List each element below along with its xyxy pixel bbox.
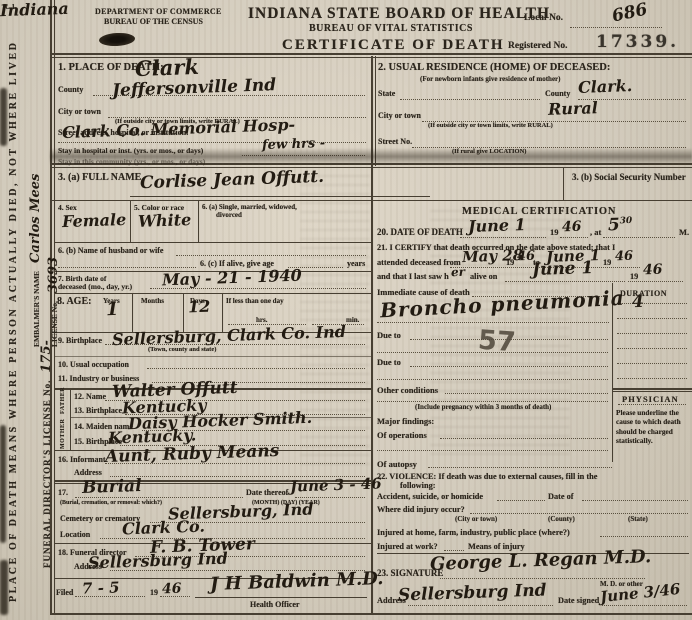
burial-method-note: (Burial, cremation, or removal: which?)	[60, 500, 162, 506]
sec1-city-value: Jeffersonville Ind	[112, 75, 277, 101]
health-officer-signature: J H Baldwin M.D.	[210, 568, 384, 595]
divider	[445, 393, 608, 394]
divider	[130, 200, 131, 242]
last-saw-year-value: 46	[643, 262, 663, 279]
sec1-street-value: Clark Co. Memorial Hosp-	[62, 115, 296, 142]
burial-date-label: Date thereof	[246, 488, 288, 497]
health-officer-label: Health Officer	[250, 600, 300, 609]
age-label: 8. AGE:	[57, 296, 91, 307]
full-name-label: 3. (a) FULL NAME	[58, 172, 141, 183]
duration-value: 4	[632, 292, 645, 312]
divider	[428, 467, 612, 468]
divider	[582, 500, 688, 501]
divider	[460, 237, 546, 238]
divider	[612, 388, 613, 462]
embalmer-name-value: Carlos Mees	[28, 174, 43, 263]
ssn-label: 3. (b) Social Security Number	[572, 172, 686, 182]
occupation-label: 10. Usual occupation	[58, 360, 129, 369]
bureau-title: BUREAU OF VITAL STATISTICS	[309, 23, 473, 34]
sec1-stay-value: few hrs -	[262, 136, 326, 153]
divider	[612, 388, 692, 390]
divider	[54, 293, 371, 294]
age-months-label: Months	[141, 297, 164, 305]
sec1-stay-label: Stay in hospital or inst. (yrs. or mos.,…	[58, 146, 203, 155]
sec2-title: 2. USUAL RESIDENCE (HOME) OF DECEASED:	[378, 62, 610, 73]
director-license-label: FUNERAL DIRECTOR'S LICENSE No.	[42, 380, 52, 568]
sec2-state-label: State	[378, 89, 395, 98]
sec2-city-label: City or town	[378, 111, 421, 120]
divider	[570, 27, 662, 28]
other-conditions-label: Other conditions	[377, 385, 438, 395]
attended-from-value: May 28	[462, 246, 524, 266]
director-license-value: 175-	[39, 340, 54, 373]
filed-label: Filed	[56, 588, 73, 597]
sec1-county-label: County	[58, 85, 83, 94]
registered-no-label: Registered No.	[508, 41, 567, 51]
sex-value: Female	[62, 210, 127, 231]
divider	[440, 578, 645, 579]
injured-where-label: Injured at home, farm, industry, public …	[377, 528, 570, 537]
funeral-director-license-margin-note: FUNERAL DIRECTOR'S LICENSE No. 175-	[37, 340, 55, 568]
place-of-death-margin-note: PLACE OF DEATH MEANS WHERE PERSON ACTUAL…	[8, 40, 19, 602]
divider	[628, 281, 683, 282]
divider	[54, 242, 371, 243]
sec2-street-note: (If rural give LOCATION)	[452, 148, 526, 155]
age-min-label: min.	[346, 316, 359, 324]
filed-date-value: 7 - 5	[82, 578, 120, 597]
divider	[50, 613, 692, 615]
age-less-label: If less than one day	[226, 297, 284, 305]
divider	[603, 237, 675, 238]
medical-certification-title: MEDICAL CERTIFICATION	[462, 206, 616, 217]
due-to-label-1: Due to	[377, 330, 401, 340]
death-certificate-scan: R. 1 PLACE OF DEATH MEANS WHERE PERSON A…	[0, 0, 692, 620]
death-time-minute: 30	[620, 216, 633, 226]
where-note-county: (County)	[548, 515, 575, 523]
scan-smudge	[0, 560, 8, 615]
divider	[377, 379, 608, 380]
divider	[617, 378, 687, 379]
divider	[563, 167, 564, 200]
dod-at-label: , at	[590, 227, 601, 237]
pregnancy-note: (Include pregnancy within 3 months of de…	[415, 403, 551, 411]
sec2-street-label: Street No.	[378, 137, 412, 146]
sec2-county-label: County	[545, 89, 570, 98]
physician-title: PHYSICIAN	[622, 394, 679, 404]
divider	[195, 597, 367, 598]
where-injury-label: Where did injury occur?	[377, 505, 465, 514]
date-of-label: Date of	[548, 492, 574, 501]
means-of-injury-label: Means of injury	[468, 542, 525, 551]
stamp-57: 57	[477, 325, 517, 359]
filed-year-value: 46	[162, 581, 182, 598]
dept-line1: DEPARTMENT OF COMMERCE	[95, 7, 222, 16]
attended-label: attended deceased from	[377, 258, 461, 267]
divider	[176, 255, 366, 256]
burial-location-label: Location	[60, 530, 90, 539]
marital-label2: divorced	[216, 211, 242, 219]
dod-year-prefix: 19	[550, 227, 559, 237]
sec1-community-label: Stay in this community (yrs., or mos., o…	[58, 157, 205, 166]
divider	[147, 368, 365, 369]
of-operations-label: Of operations	[377, 430, 427, 440]
mother-tag: MOTHER	[60, 419, 66, 449]
divider	[50, 167, 692, 168]
last-saw-label: and that I last saw h	[377, 272, 449, 281]
age-years-value: 1	[106, 299, 119, 320]
where-note-city: (City or town)	[455, 515, 497, 523]
census-stamp-blob	[99, 32, 136, 47]
divider	[600, 536, 688, 537]
divider	[440, 438, 608, 439]
divider	[377, 450, 608, 451]
sex-label: 4. Sex	[58, 203, 77, 212]
father-birthplace-label: 13. Birthplace	[74, 406, 122, 415]
sec2-city-note: (If outside city or town limits, write R…	[428, 122, 553, 129]
divider	[183, 293, 184, 332]
divider	[408, 605, 553, 606]
burial-location-value: Clark Co.	[122, 517, 206, 539]
sec1-city-label: City or town	[58, 107, 101, 116]
divider	[617, 318, 687, 319]
last-saw-date-value: June 1	[532, 258, 594, 280]
divider	[505, 281, 625, 282]
local-no-value: 686	[610, 0, 649, 26]
divider	[54, 356, 371, 357]
divider	[400, 99, 540, 100]
date-of-death-value: June 1	[468, 215, 526, 236]
attended-to-year-prefix: 19	[603, 258, 611, 267]
age-days-value: 12	[188, 297, 211, 317]
embalmer-margin-note: EMBALMER'S NAME Carlos Mees LICENSE No. …	[26, 174, 62, 347]
embalmer-name-label: EMBALMER'S NAME	[32, 271, 41, 347]
board-title: INDIANA STATE BOARD OF HEALTH	[248, 5, 550, 23]
due-to-label-2: Due to	[377, 357, 401, 367]
divider	[377, 401, 608, 402]
birthplace-label: 9. Birthplace	[58, 336, 102, 345]
divider	[295, 497, 365, 498]
divider	[617, 333, 687, 334]
divider	[612, 391, 692, 392]
divider	[410, 366, 608, 367]
divider	[470, 513, 688, 514]
marital-label: 6. (a) Single, married, widowed,	[202, 203, 297, 211]
date-signed-label: Date signed	[558, 596, 599, 605]
of-autopsy-label: Of autopsy	[377, 459, 417, 469]
divider	[497, 500, 545, 501]
divider	[198, 200, 199, 242]
alive-age-suffix: years	[347, 259, 365, 268]
divider	[617, 303, 687, 304]
age-hrs-label: hrs.	[256, 316, 267, 324]
sec2-county-value: Clark.	[578, 76, 633, 97]
dod-year-value: 46	[562, 219, 582, 236]
birthdate-label2: deceased (mo., day, yr.)	[58, 282, 132, 291]
spouse-label: 6. (b) Name of husband or wife	[58, 246, 163, 255]
physician-note: Please underline the cause to which deat…	[616, 408, 688, 446]
date-of-death-label: 20. DATE OF DEATH	[377, 227, 463, 237]
attended-to-year-value: 46	[615, 249, 634, 265]
informant-label: 16. Informant	[58, 455, 106, 464]
father-name-label: 12. Name	[74, 392, 106, 401]
local-no-label: Local No.	[524, 13, 563, 23]
divider	[377, 322, 609, 323]
father-tag: FATHER	[60, 387, 66, 414]
divider	[617, 363, 687, 364]
full-name-value: Corlise Jean Offutt.	[140, 167, 325, 193]
divider	[132, 293, 133, 332]
alive-on-label: alive on	[470, 272, 497, 281]
injured-at-work-label: Injured at work?	[377, 542, 438, 551]
birthdate-value: May - 21 - 1940	[162, 266, 302, 290]
death-time-value: 530	[608, 215, 633, 236]
accident-label: Accident, suicide, or homicide	[377, 492, 483, 501]
funeral-director-address-value: Sellersburg Ind	[88, 549, 228, 573]
burial-method-value: Burial	[82, 476, 142, 498]
last-saw-er: er	[451, 265, 465, 279]
sec2-note: (For newborn infants give residence of m…	[420, 75, 561, 83]
where-note-state: (State)	[628, 515, 648, 523]
violence-title2: following:	[400, 481, 436, 490]
last-saw-year-prefix: 19	[630, 272, 638, 281]
signature-address-value: Sellersburg Ind	[398, 580, 547, 605]
divider	[444, 550, 464, 551]
major-findings-label: Major findings:	[377, 416, 434, 426]
informant-address-label: Address	[74, 468, 102, 477]
dod-m-label: M.	[679, 227, 689, 237]
birthplace-value: Sellersburg, Clark Co. Ind	[112, 322, 346, 349]
divider	[371, 56, 373, 614]
divider	[560, 237, 588, 238]
sec2-state-value: Indiana	[0, 0, 69, 20]
scan-smudge	[0, 88, 7, 146]
certificate-title: CERTIFICATE OF DEATH	[282, 37, 505, 54]
divider	[50, 200, 692, 201]
divider	[242, 155, 365, 156]
scan-smudge	[0, 425, 6, 543]
burial-num: 17.	[58, 488, 68, 497]
filed-year-prefix: 19	[150, 588, 158, 597]
race-value: White	[138, 210, 192, 231]
divider	[130, 196, 430, 197]
sec1-county-value: Clark	[135, 54, 200, 81]
divider	[618, 404, 686, 405]
sec2-city-value: Rural	[548, 98, 598, 119]
dept-line2: BUREAU OF THE CENSUS	[104, 17, 203, 26]
burial-date-value: June 3 - 46	[290, 474, 382, 495]
divider	[602, 605, 687, 606]
violence-title1: 22. VIOLENCE: If death was due to extern…	[377, 472, 597, 481]
divider	[58, 267, 196, 268]
divider	[617, 348, 687, 349]
death-time-hour: 5	[608, 215, 621, 235]
divider	[70, 388, 71, 450]
registered-no-value: 17339.	[596, 32, 679, 52]
divider	[375, 56, 376, 166]
